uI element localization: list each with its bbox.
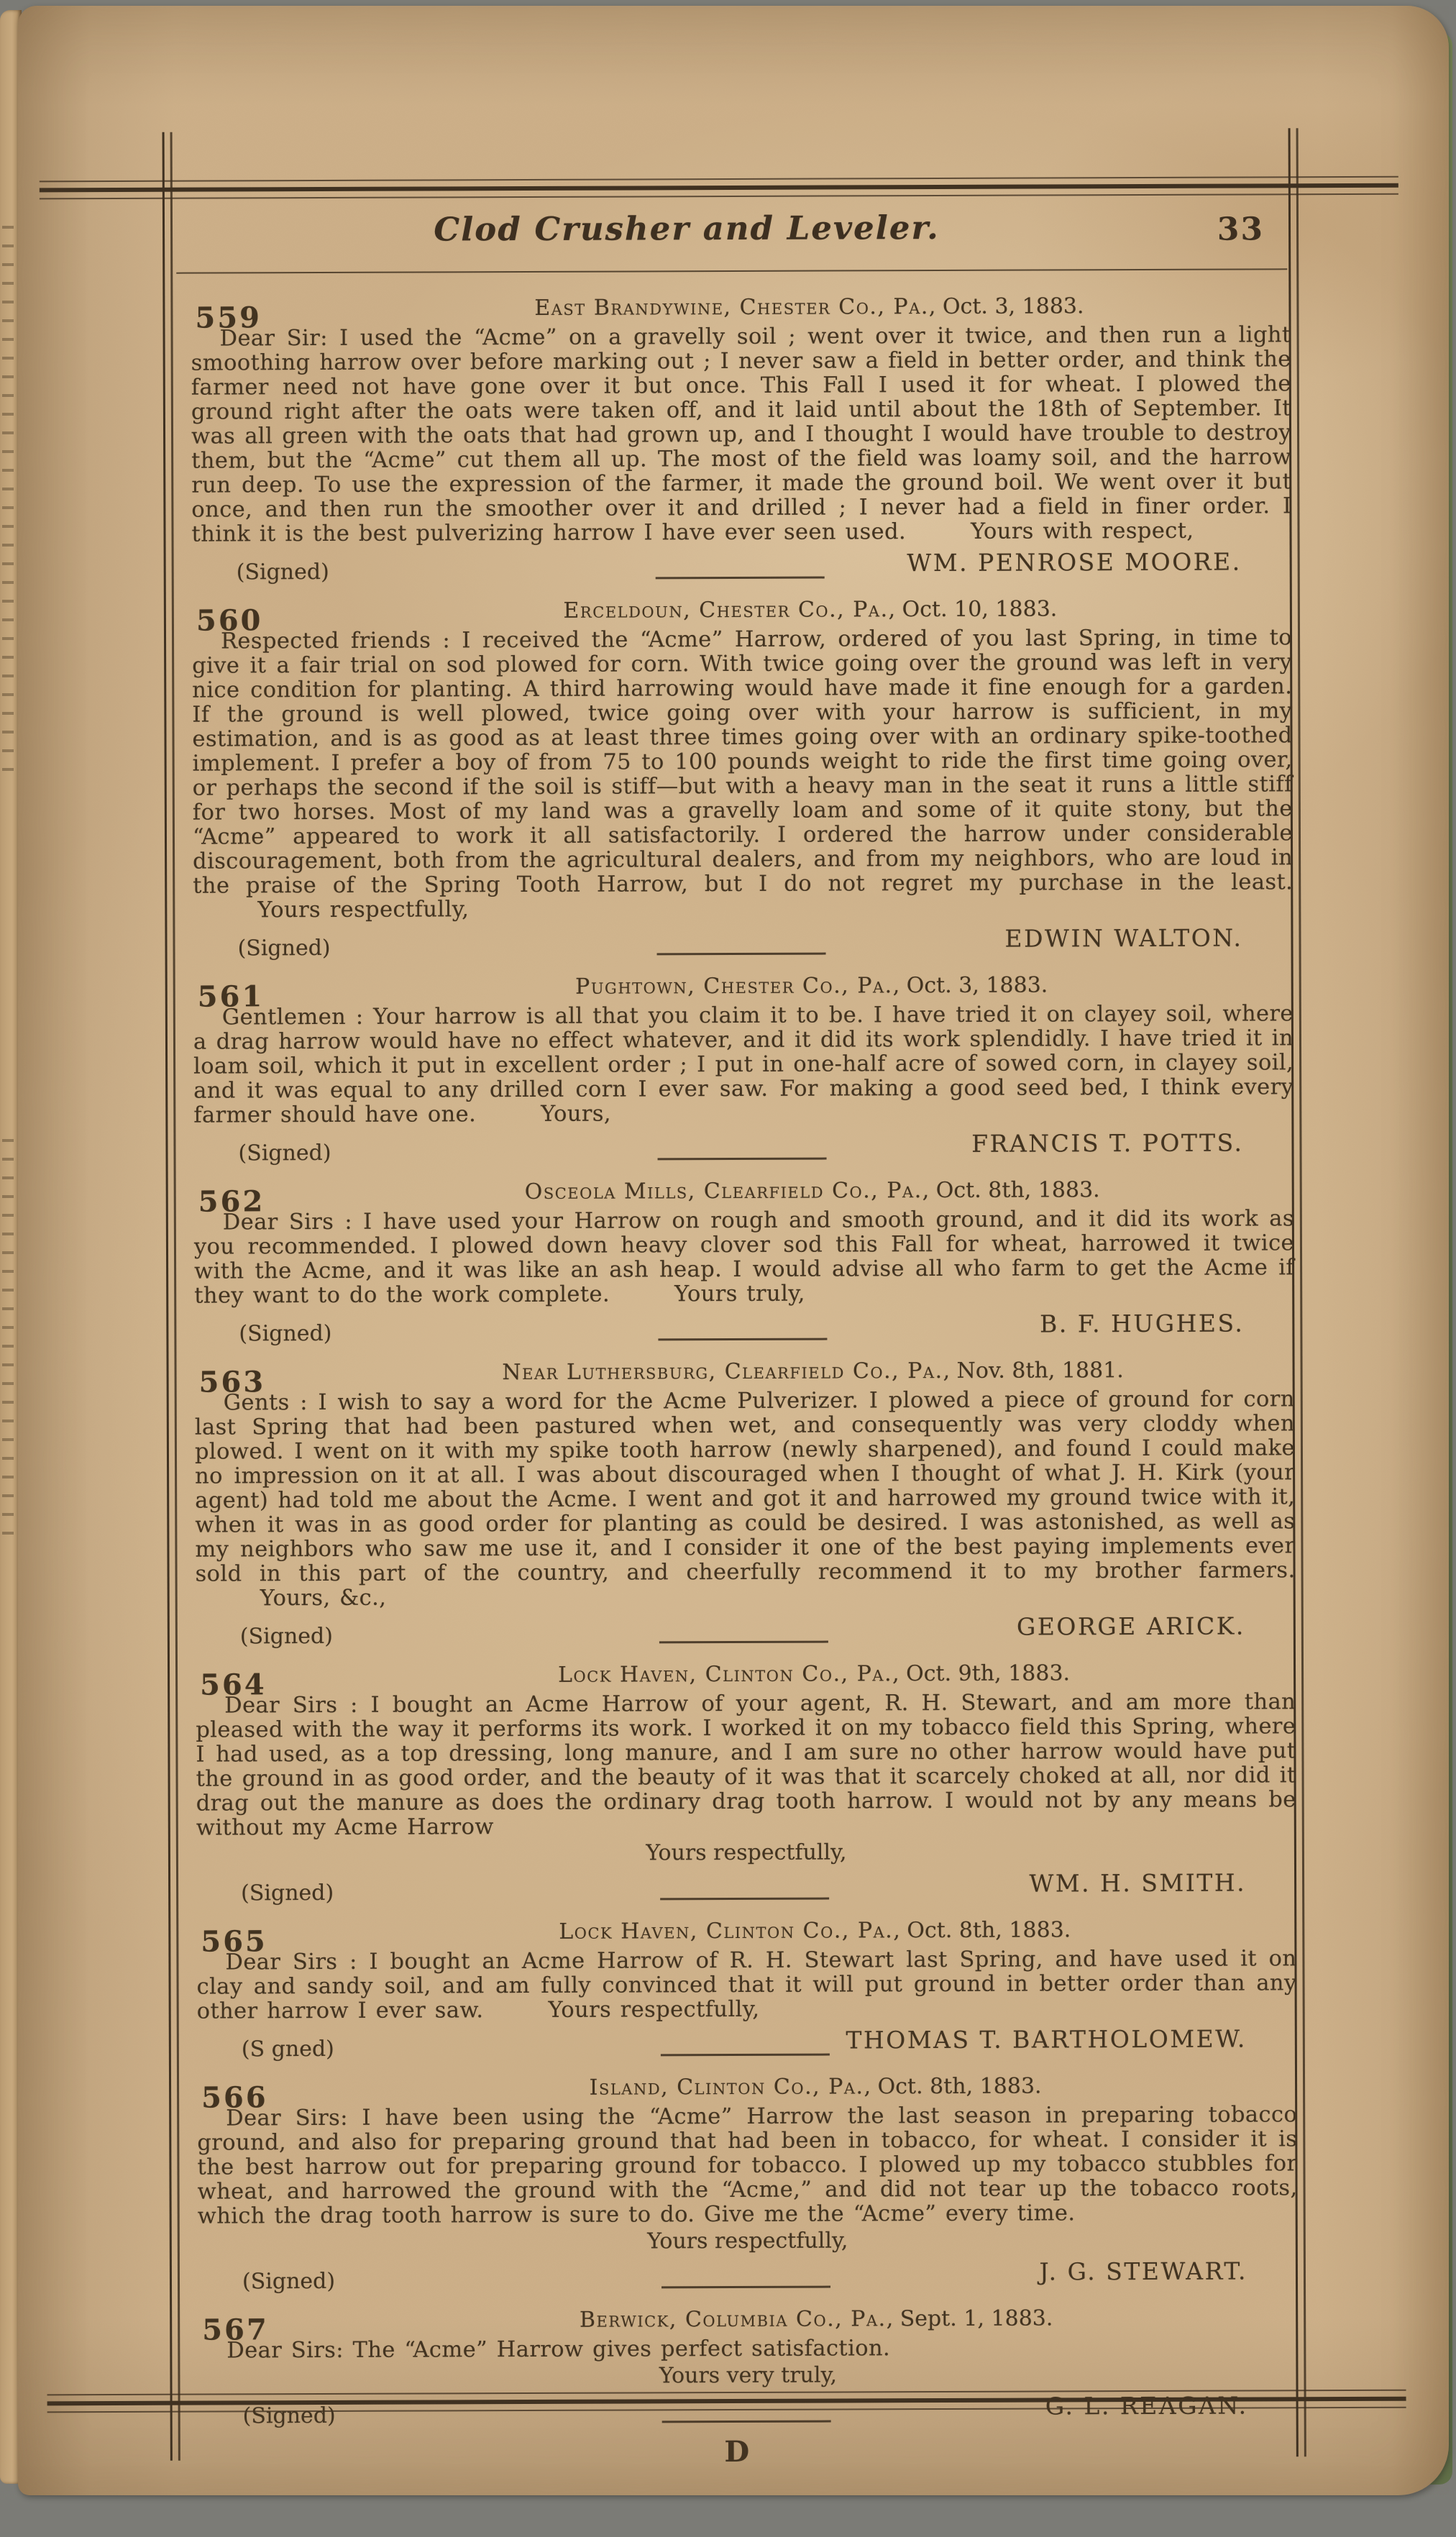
testimonial-number: 561 xyxy=(198,982,265,1011)
dateline-date: Oct. 9th, 1883. xyxy=(906,1660,1070,1686)
frame-rule-left xyxy=(170,132,180,2461)
testimonial-dateline: Near Luthersburg, Clearfield Co., Pa.,No… xyxy=(195,1356,1295,1388)
signature-name: GEORGE ARICK. xyxy=(1017,1612,1245,1641)
testimonial-entry: 564 Lock Haven, Clinton Co., Pa.,Oct. 9t… xyxy=(196,1658,1296,1908)
testimonial-body-text: Dear Sir: I used the “Acme” on a gravell… xyxy=(191,322,1292,547)
testimonial-body: Dear Sirs : I have used your Harrow on r… xyxy=(194,1207,1294,1308)
testimonial-dateline: Erceldoun, Chester Co., Pa.,Oct. 10, 188… xyxy=(192,594,1292,626)
signature-name: WM. PENROSE MOORE. xyxy=(907,548,1241,577)
signature-name: B. F. HUGHES. xyxy=(1040,1309,1244,1338)
testimonial-closing: Yours truly, xyxy=(674,1282,805,1307)
frame-rule-top xyxy=(40,183,1398,193)
signature-row: (Signed) FRANCIS T. POTTS. xyxy=(193,1127,1294,1168)
print-bleed-marks xyxy=(2,1139,14,1542)
testimonial-dateline: Berwick, Columbia Co., Pa.,Sept. 1, 1883… xyxy=(198,2303,1298,2336)
testimonial-header: 565 Lock Haven, Clinton Co., Pa.,Oct. 8t… xyxy=(196,1915,1296,1949)
dateline-place: Lock Haven, Clinton Co., Pa., xyxy=(559,1918,901,1944)
testimonial-entry: 562 Osceola Mills, Clearfield Co., Pa.,O… xyxy=(194,1175,1295,1348)
frame-rule-right xyxy=(1296,128,1306,2456)
testimonial-closing: Yours respectfully, xyxy=(548,1998,759,2023)
testimonial-body-text: Gents : I wish to say a word for the Acm… xyxy=(195,1386,1296,1586)
page-sheet: Clod Crusher and Leveler. 33 559 East Br… xyxy=(14,4,1453,2498)
signature-row: (Signed) GEORGE ARICK. xyxy=(196,1610,1296,1651)
signature-name: G. L. REAGAN. xyxy=(1045,2392,1248,2421)
page-number: 33 xyxy=(1217,211,1264,247)
testimonial-body: Dear Sirs : I bought an Acme Harrow of R… xyxy=(196,1947,1296,2024)
testimonial-body: Dear Sirs: I have been using the “Acme” … xyxy=(197,2103,1298,2229)
testimonial-dateline: East Brandywine, Chester Co., Pa.,Oct. 3… xyxy=(191,291,1291,324)
testimonial-body: Dear Sir: I used the “Acme” on a gravell… xyxy=(191,323,1292,547)
dateline-place: Island, Clinton Co., Pa., xyxy=(590,2074,872,2100)
signed-label: (Signed) xyxy=(239,1321,331,1346)
testimonial-entry: 563 Near Luthersburg, Clearfield Co., Pa… xyxy=(195,1356,1296,1651)
signed-label: (Signed) xyxy=(241,1880,334,1906)
testimonial-header: 561 Pughtown, Chester Co., Pa.,Oct. 3, 1… xyxy=(193,970,1294,1004)
signed-label: (Signed) xyxy=(240,1624,333,1649)
dateline-date: Oct. 3, 1883. xyxy=(943,293,1084,319)
dateline-date: Oct. 8th, 1883. xyxy=(878,2074,1042,2100)
dateline-date: Oct. 8th, 1883. xyxy=(936,1177,1100,1203)
signature-blank-line xyxy=(662,2421,831,2423)
signature-blank-line xyxy=(658,1338,827,1341)
testimonial-body-text: Gentlemen : Your harrow is all that you … xyxy=(193,1001,1294,1128)
dateline-date: Nov. 8th, 1881. xyxy=(957,1358,1124,1384)
print-bleed-marks xyxy=(2,226,14,772)
signature-blank-line xyxy=(656,577,825,580)
testimonial-number: 562 xyxy=(198,1187,265,1216)
testimonial-header: 562 Osceola Mills, Clearfield Co., Pa.,O… xyxy=(194,1175,1294,1209)
testimonial-body: Respected friends : I received the “Acme… xyxy=(192,626,1293,923)
dateline-place: Osceola Mills, Clearfield Co., Pa., xyxy=(525,1178,930,1204)
testimonial-entry: 559 East Brandywine, Chester Co., Pa.,Oc… xyxy=(191,291,1291,587)
testimonial-body-text: Dear Sirs : I bought an Acme Harrow of y… xyxy=(196,1689,1296,1840)
testimonial-header: 564 Lock Haven, Clinton Co., Pa.,Oct. 9t… xyxy=(196,1658,1296,1692)
dateline-place: Pughtown, Chester Co., Pa., xyxy=(575,973,901,1000)
signature-name: J. G. STEWART. xyxy=(1039,2257,1247,2286)
signed-label: (Signed) xyxy=(237,559,329,585)
testimonial-number: 559 xyxy=(195,303,262,332)
testimonial-closing: Yours very truly, xyxy=(198,2361,1298,2390)
testimonial-entry: 565 Lock Haven, Clinton Co., Pa.,Oct. 8t… xyxy=(196,1915,1297,2064)
printers-signature-mark: D xyxy=(22,2433,1453,2472)
testimonial-closing: Yours with respect, xyxy=(971,519,1194,544)
testimonial-number: 564 xyxy=(200,1670,267,1699)
signature-blank-line xyxy=(660,1898,829,1901)
signature-name: THOMAS T. BARTHOLOMEW. xyxy=(846,2025,1247,2054)
testimonial-closing: Yours respectfully, xyxy=(196,1838,1296,1868)
testimonial-header: 563 Near Luthersburg, Clearfield Co., Pa… xyxy=(195,1356,1295,1389)
header-underline-rule xyxy=(176,268,1287,273)
dateline-date: Oct. 8th, 1883. xyxy=(907,1917,1071,1943)
testimonial-dateline: Pughtown, Chester Co., Pa.,Oct. 3, 1883. xyxy=(193,970,1294,1002)
testimonial-entry: 567 Berwick, Columbia Co., Pa.,Sept. 1, … xyxy=(198,2303,1299,2431)
signature-blank-line xyxy=(661,2054,830,2057)
testimonial-closing: Yours respectfully, xyxy=(257,897,469,923)
testimonial-entry: 560 Erceldoun, Chester Co., Pa.,Oct. 10,… xyxy=(192,594,1294,963)
dateline-place: Berwick, Columbia Co., Pa., xyxy=(580,2306,894,2333)
signature-row: (Signed) WM. H. SMITH. xyxy=(196,1867,1296,1908)
testimonial-entry: 561 Pughtown, Chester Co., Pa.,Oct. 3, 1… xyxy=(193,970,1294,1168)
testimonial-dateline: Lock Haven, Clinton Co., Pa.,Oct. 9th, 1… xyxy=(196,1658,1296,1691)
testimonial-header: 566 Island, Clinton Co., Pa.,Oct. 8th, 1… xyxy=(197,2071,1297,2105)
signed-label: (Signed) xyxy=(243,2403,336,2428)
signature-row: (S gned) THOMAS T. BARTHOLOMEW. xyxy=(197,2023,1297,2064)
signed-label: (Signed) xyxy=(238,1140,331,1166)
signature-blank-line xyxy=(657,953,826,956)
testimonial-closing: Yours respectfully, xyxy=(198,2226,1298,2256)
signature-row: (Signed) B. F. HUGHES. xyxy=(194,1307,1294,1348)
testimonial-number: 567 xyxy=(202,2316,269,2344)
testimonial-body-text: Respected friends : I received the “Acme… xyxy=(192,625,1293,898)
testimonial-number: 563 xyxy=(199,1368,266,1397)
frame-rule-top xyxy=(40,176,1398,183)
testimonial-closing: Yours, xyxy=(541,1102,611,1127)
testimonial-body-text: Dear Sirs: The “Acme” Harrow gives perfe… xyxy=(226,2336,890,2363)
dateline-place: Erceldoun, Chester Co., Pa., xyxy=(563,597,896,623)
testimonial-number: 565 xyxy=(201,1927,267,1956)
page-title: Clod Crusher and Leveler. xyxy=(434,209,1026,249)
testimonial-dateline: Lock Haven, Clinton Co., Pa.,Oct. 8th, 1… xyxy=(196,1915,1296,1947)
frame-rule-top xyxy=(40,193,1398,200)
dateline-place: East Brandywine, Chester Co., Pa., xyxy=(534,294,937,321)
testimonial-number: 560 xyxy=(196,606,263,635)
signature-name: FRANCIS T. POTTS. xyxy=(971,1129,1243,1158)
testimonial-body: Dear Sirs: The “Acme” Harrow gives perfe… xyxy=(198,2335,1298,2363)
dateline-place: Near Luthersburg, Clearfield Co., Pa., xyxy=(502,1358,951,1385)
signature-row: (Signed) EDWIN WALTON. xyxy=(193,922,1293,963)
testimonials-list: 559 East Brandywine, Chester Co., Pa.,Oc… xyxy=(191,291,1298,2441)
testimonial-body: Dear Sirs : I bought an Acme Harrow of y… xyxy=(196,1690,1296,1840)
testimonial-dateline: Osceola Mills, Clearfield Co., Pa.,Oct. … xyxy=(194,1175,1294,1207)
signature-name: EDWIN WALTON. xyxy=(1004,924,1242,953)
testimonial-body-text: Dear Sirs: I have been using the “Acme” … xyxy=(197,2102,1297,2229)
dateline-place: Lock Haven, Clinton Co., Pa., xyxy=(558,1661,900,1688)
testimonial-body: Gents : I wish to say a word for the Acm… xyxy=(195,1387,1296,1611)
testimonial-dateline: Island, Clinton Co., Pa.,Oct. 8th, 1883. xyxy=(197,2071,1297,2103)
signed-label: (Signed) xyxy=(242,2269,335,2294)
testimonial-header: 560 Erceldoun, Chester Co., Pa.,Oct. 10,… xyxy=(192,594,1292,628)
signature-row: (Signed) J. G. STEWART. xyxy=(198,2255,1298,2296)
testimonial-number: 566 xyxy=(201,2083,268,2112)
dateline-date: Oct. 10, 1883. xyxy=(902,596,1058,622)
testimonial-body: Gentlemen : Your harrow is all that you … xyxy=(193,1002,1294,1128)
signature-row: (Signed) G. L. REAGAN. xyxy=(198,2390,1299,2431)
dateline-date: Sept. 1, 1883. xyxy=(900,2305,1053,2331)
signed-label: (S gned) xyxy=(242,2037,334,2062)
testimonial-entry: 566 Island, Clinton Co., Pa.,Oct. 8th, 1… xyxy=(197,2071,1298,2296)
dateline-date: Oct. 3, 1883. xyxy=(907,972,1048,998)
signed-label: (Signed) xyxy=(237,936,330,961)
signature-name: WM. H. SMITH. xyxy=(1029,1869,1246,1898)
testimonial-header: 567 Berwick, Columbia Co., Pa.,Sept. 1, … xyxy=(198,2303,1298,2337)
signature-row: (Signed) WM. PENROSE MOORE. xyxy=(192,546,1292,587)
scanned-book-page: Clod Crusher and Leveler. 33 559 East Br… xyxy=(18,6,1449,2495)
testimonial-closing: Yours, &c., xyxy=(260,1586,387,1612)
signature-blank-line xyxy=(659,1641,828,1644)
signature-blank-line xyxy=(658,1158,827,1161)
testimonial-header: 559 East Brandywine, Chester Co., Pa.,Oc… xyxy=(191,291,1291,325)
signature-blank-line xyxy=(661,2286,830,2289)
